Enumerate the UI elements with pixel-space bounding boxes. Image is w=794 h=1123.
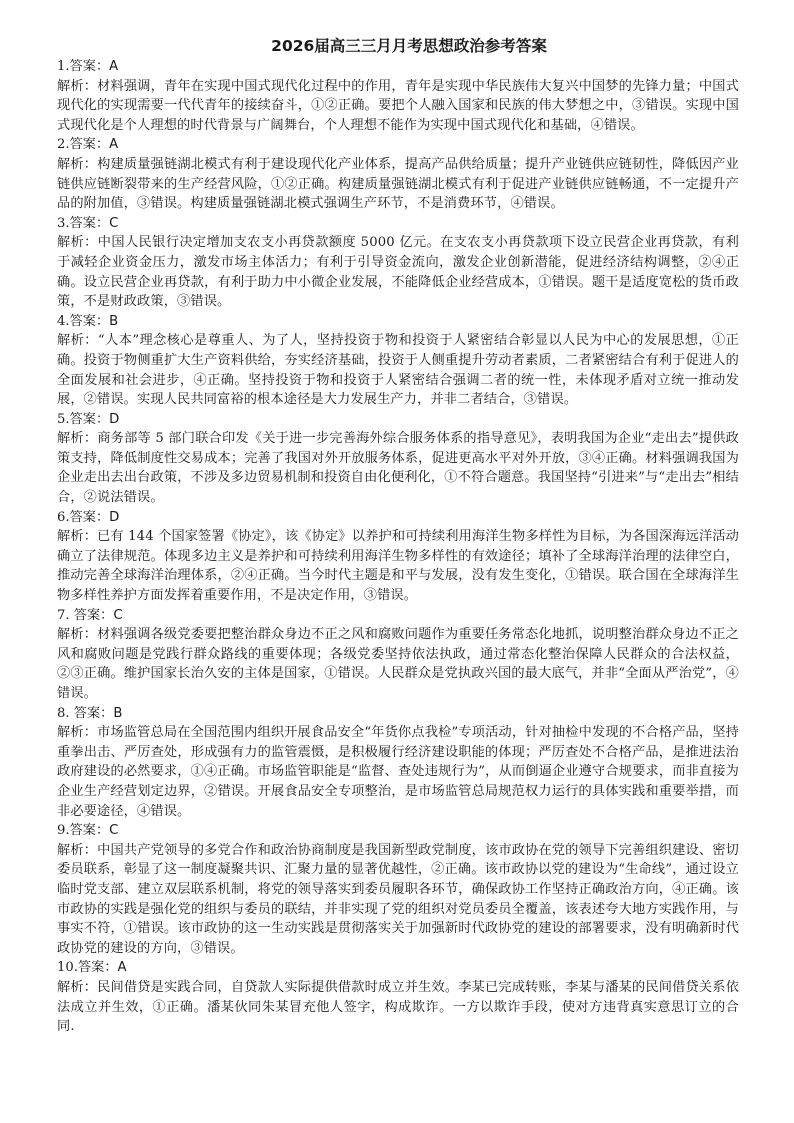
- question-answer-line: 6.答案：D: [57, 508, 739, 528]
- analysis-label: 解析：: [57, 627, 97, 642]
- analysis-label: 解析：: [57, 843, 97, 858]
- answer-label: 答案：: [78, 960, 118, 975]
- question-block: 7. 答案：C 解析：材料强调各级党委要把整治群众身边不正之风和腐败问题作为重要…: [57, 606, 739, 704]
- answer-choice: C: [109, 216, 118, 231]
- question-answer-line: 2.答案：A: [57, 135, 739, 155]
- question-number: 4.: [57, 314, 70, 329]
- analysis-text: 材料强调各级党委要把整治群众身边不正之风和腐败问题作为重要任务常态化地抓，说明整…: [57, 627, 739, 701]
- question-number: 6.: [57, 510, 70, 525]
- analysis-text: 已有 144 个国家签署《协定》，该《协定》以养护和可持续利用海洋生物多样性为目…: [57, 529, 739, 603]
- answer-label: 答案：: [70, 216, 110, 231]
- answer-choice: D: [109, 510, 119, 525]
- analysis-text: 中国共产党领导的多党合作和政治协商制度是我国新型政党制度，该市政协在党的领导下完…: [57, 843, 739, 956]
- answer-choice: A: [109, 137, 118, 152]
- answer-choice: C: [113, 608, 122, 623]
- question-analysis: 解析：已有 144 个国家签署《协定》，该《协定》以养护和可持续利用海洋生物多样…: [57, 527, 739, 605]
- answer-choice: A: [109, 59, 118, 74]
- question-answer-line: 9.答案：C: [57, 821, 739, 841]
- question-number: 7.: [57, 608, 74, 623]
- question-analysis: 解析：材料强调，青年在实现中国式现代化过程中的作用，青年是实现中华民族伟大复兴中…: [57, 77, 739, 136]
- analysis-label: 解析：: [57, 79, 97, 94]
- question-number: 10.: [57, 960, 78, 975]
- question-answer-line: 7. 答案：C: [57, 606, 739, 626]
- question-answer-line: 4.答案：B: [57, 312, 739, 332]
- question-analysis: 解析：民间借贷是实践合同，自贷款人实际提供借款时成立并生效。李某已完成转账，李某…: [57, 978, 739, 1037]
- question-number: 1.: [57, 59, 70, 74]
- answer-choice: B: [113, 706, 122, 721]
- analysis-text: 民间借贷是实践合同，自贷款人实际提供借款时成立并生效。李某已完成转账，李某与潘某…: [57, 980, 739, 1034]
- question-block: 3.答案：C 解析：中国人民银行决定增加支农支小再贷款额度 5000 亿元。在支…: [57, 214, 739, 312]
- answer-choice: A: [118, 960, 127, 975]
- analysis-label: 解析：: [57, 235, 98, 250]
- question-answer-line: 10.答案：A: [57, 958, 739, 978]
- question-list: 1.答案：A 解析：材料强调，青年在实现中国式现代化过程中的作用，青年是实现中华…: [57, 57, 739, 1037]
- answer-choice: B: [109, 314, 118, 329]
- question-block: 8. 答案：B 解析：市场监管总局在全国范围内组织开展食品安全“年货你点我检”专…: [57, 704, 739, 822]
- question-analysis: 解析：中国共产党领导的多党合作和政治协商制度是我国新型政党制度，该市政协在党的领…: [57, 841, 739, 959]
- question-block: 10.答案：A 解析：民间借贷是实践合同，自贷款人实际提供借款时成立并生效。李某…: [57, 958, 739, 1036]
- question-analysis: 解析：市场监管总局在全国范围内组织开展食品安全“年货你点我检”专项活动，针对抽检…: [57, 723, 739, 821]
- answer-label: 答案：: [74, 706, 114, 721]
- analysis-label: 解析：: [57, 333, 98, 348]
- analysis-text: 商务部等 5 部门联合印发《关于进一步完善海外综合服务体系的指导意见》，表明我国…: [57, 431, 739, 505]
- question-answer-line: 5.答案：D: [57, 410, 739, 430]
- analysis-label: 解析：: [57, 529, 97, 544]
- question-block: 1.答案：A 解析：材料强调，青年在实现中国式现代化过程中的作用，青年是实现中华…: [57, 57, 739, 135]
- answer-label: 答案：: [70, 314, 110, 329]
- analysis-label: 解析：: [57, 725, 97, 740]
- answer-choice: C: [109, 823, 118, 838]
- question-answer-line: 3.答案：C: [57, 214, 739, 234]
- question-block: 9.答案：C 解析：中国共产党领导的多党合作和政治协商制度是我国新型政党制度，该…: [57, 821, 739, 958]
- question-answer-line: 8. 答案：B: [57, 704, 739, 724]
- question-analysis: 解析：材料强调各级党委要把整治群众身边不正之风和腐败问题作为重要任务常态化地抓，…: [57, 625, 739, 703]
- question-number: 3.: [57, 216, 70, 231]
- analysis-text: “人本”理念核心是尊重人、为了人，坚持投资于物和投资于人紧密结合彰显以人民为中心…: [57, 333, 739, 407]
- document-title: 2026届高三三月月考思想政治参考答案: [57, 36, 739, 56]
- question-number: 8.: [57, 706, 74, 721]
- analysis-text: 市场监管总局在全国范围内组织开展食品安全“年货你点我检”专项活动，针对抽检中发现…: [57, 725, 739, 818]
- answer-label: 答案：: [70, 59, 110, 74]
- answer-label: 答案：: [70, 137, 110, 152]
- question-analysis: 解析：构建质量强链湖北模式有利于建设现代化产业体系，提高产品供给质量；提升产业链…: [57, 155, 739, 214]
- question-number: 2.: [57, 137, 70, 152]
- question-block: 4.答案：B 解析：“人本”理念核心是尊重人、为了人，坚持投资于物和投资于人紧密…: [57, 312, 739, 410]
- question-block: 6.答案：D 解析：已有 144 个国家签署《协定》，该《协定》以养护和可持续利…: [57, 508, 739, 606]
- answer-label: 答案：: [70, 823, 110, 838]
- question-block: 5.答案：D 解析：商务部等 5 部门联合印发《关于进一步完善海外综合服务体系的…: [57, 410, 739, 508]
- analysis-label: 解析：: [57, 431, 97, 446]
- answer-label: 答案：: [74, 608, 114, 623]
- analysis-text: 构建质量强链湖北模式有利于建设现代化产业体系，提高产品供给质量；提升产业链供应链…: [57, 157, 739, 211]
- analysis-text: 中国人民银行决定增加支农支小再贷款额度 5000 亿元。在支农支小再贷款项下设立…: [57, 235, 739, 309]
- question-answer-line: 1.答案：A: [57, 57, 739, 77]
- question-number: 5.: [57, 412, 70, 427]
- question-analysis: 解析：中国人民银行决定增加支农支小再贷款额度 5000 亿元。在支农支小再贷款项…: [57, 233, 739, 311]
- analysis-label: 解析：: [57, 157, 97, 172]
- answer-label: 答案：: [70, 412, 110, 427]
- question-block: 2.答案：A 解析：构建质量强链湖北模式有利于建设现代化产业体系，提高产品供给质…: [57, 135, 739, 213]
- answer-key-page: 2026届高三三月月考思想政治参考答案 1.答案：A 解析：材料强调，青年在实现…: [57, 36, 739, 1037]
- analysis-label: 解析：: [57, 980, 97, 995]
- analysis-text: 材料强调，青年在实现中国式现代化过程中的作用，青年是实现中华民族伟大复兴中国梦的…: [57, 79, 739, 133]
- question-number: 9.: [57, 823, 70, 838]
- answer-label: 答案：: [70, 510, 110, 525]
- question-analysis: 解析：“人本”理念核心是尊重人、为了人，坚持投资于物和投资于人紧密结合彰显以人民…: [57, 331, 739, 409]
- answer-choice: D: [109, 412, 119, 427]
- question-analysis: 解析：商务部等 5 部门联合印发《关于进一步完善海外综合服务体系的指导意见》，表…: [57, 429, 739, 507]
